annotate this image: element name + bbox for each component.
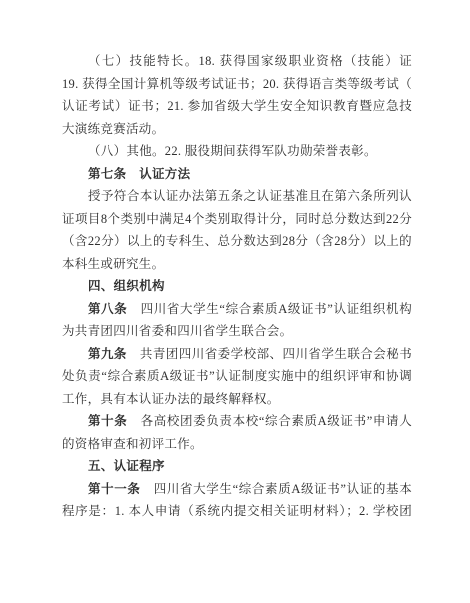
text-line: 授予符合本认证办法第五条之认证基准且在第六条所列认 xyxy=(62,185,412,208)
text-line: 为共青团四川省委和四川省学生联合会。 xyxy=(62,320,412,343)
line-text: 的资格审查和初评工作。 xyxy=(62,437,203,451)
line-text: 认证考试）证书；21. 参加省级大学生安全知识教育暨应急技能 xyxy=(62,99,412,118)
text-line: 证项目8个类别中满足4个类别取得计分，同时总分数达到22分 xyxy=(62,208,412,231)
text-line: 本科生或研究生。 xyxy=(62,253,412,276)
text-line: 第七条 认证方法 xyxy=(62,163,412,186)
line-text: 大演练竞赛活动。 xyxy=(62,122,164,136)
line-text: 四川省大学生“综合素质A级证书”认证组织机构 xyxy=(127,302,412,316)
text-line: 第九条 共青团四川省委学校部、四川省学生联合会秘书 xyxy=(62,343,412,366)
line-text: 共青团四川省委学校部、四川省学生联合会秘书 xyxy=(127,347,412,361)
text-line: 的资格审查和初评工作。 xyxy=(62,433,412,456)
line-text: 本科生或研究生。 xyxy=(62,257,164,271)
document-page: （七）技能特长。18. 获得国家级职业资格（技能）证书；19. 获得全国计算机等… xyxy=(0,0,470,603)
line-text: 四、组织机构 xyxy=(88,279,165,293)
line-text: 第七条 认证方法 xyxy=(88,167,190,181)
line-text: （八）其他。22. 服役期间获得军队功勋荣誉表彰。 xyxy=(88,144,377,158)
line-text: 五、认证程序 xyxy=(88,459,165,473)
line-text: 证项目8个类别中满足4个类别取得计分，同时总分数达到22分 xyxy=(62,212,412,226)
line-bold-prefix: 第九条 xyxy=(88,347,127,361)
line-text: 授予符合本认证办法第五条之认证基准且在第六条所列认 xyxy=(88,189,412,203)
text-line: （八）其他。22. 服役期间获得军队功勋荣誉表彰。 xyxy=(62,140,412,163)
line-text: 为共青团四川省委和四川省学生联合会。 xyxy=(62,324,292,338)
text-line: 第十条 各高校团委负责本校“综合素质A级证书”申请人 xyxy=(62,410,412,433)
line-text: 工作，具有本认证办法的最终解释权。 xyxy=(62,392,280,406)
text-line: 工作，具有本认证办法的最终解释权。 xyxy=(62,388,412,411)
text-line: 程序是：1. 本人申请（系统内提交相关证明材料）；2. 学校团 xyxy=(62,500,412,523)
line-text: （七）技能特长。18. 获得国家级职业资格（技能）证书； xyxy=(62,54,412,73)
text-line: 第十一条 四川省大学生“综合素质A级证书”认证的基本 xyxy=(62,478,412,501)
text-line: 第八条 四川省大学生“综合素质A级证书”认证组织机构 xyxy=(62,298,412,321)
line-bold-prefix: 第十条 xyxy=(88,414,127,428)
text-line: （含22分）以上的专科生、总分数达到28分（含28分）以上的 xyxy=(62,230,412,253)
line-text: 程序是：1. 本人申请（系统内提交相关证明材料）；2. 学校团 xyxy=(62,504,412,518)
line-text: 各高校团委负责本校“综合素质A级证书”申请人 xyxy=(127,414,412,428)
text-line: 大演练竞赛活动。 xyxy=(62,118,412,141)
line-text: 四川省大学生“综合素质A级证书”认证的基本 xyxy=(141,482,412,496)
document-body: （七）技能特长。18. 获得国家级职业资格（技能）证书；19. 获得全国计算机等… xyxy=(62,50,412,523)
text-line: 四、组织机构 xyxy=(62,275,412,298)
line-text: （含22分）以上的专科生、总分数达到28分（含28分）以上的 xyxy=(62,234,412,248)
text-line: 处负责“综合素质A级证书”认证制度实施中的组织评审和协调 xyxy=(62,365,412,388)
line-text: 19. 获得全国计算机等级考试证书；20. 获得语言类等级考试（ xyxy=(62,77,412,91)
text-line: 认证考试）证书；21. 参加省级大学生安全知识教育暨应急技能 xyxy=(62,95,412,118)
text-line: （七）技能特长。18. 获得国家级职业资格（技能）证书； xyxy=(62,50,412,73)
text-line: 五、认证程序 xyxy=(62,455,412,478)
line-bold-prefix: 第十一条 xyxy=(88,482,141,496)
line-text: 处负责“综合素质A级证书”认证制度实施中的组织评审和协调 xyxy=(62,369,412,383)
line-bold-prefix: 第八条 xyxy=(88,302,127,316)
text-line: 19. 获得全国计算机等级考试证书；20. 获得语言类等级考试（ xyxy=(62,73,412,96)
